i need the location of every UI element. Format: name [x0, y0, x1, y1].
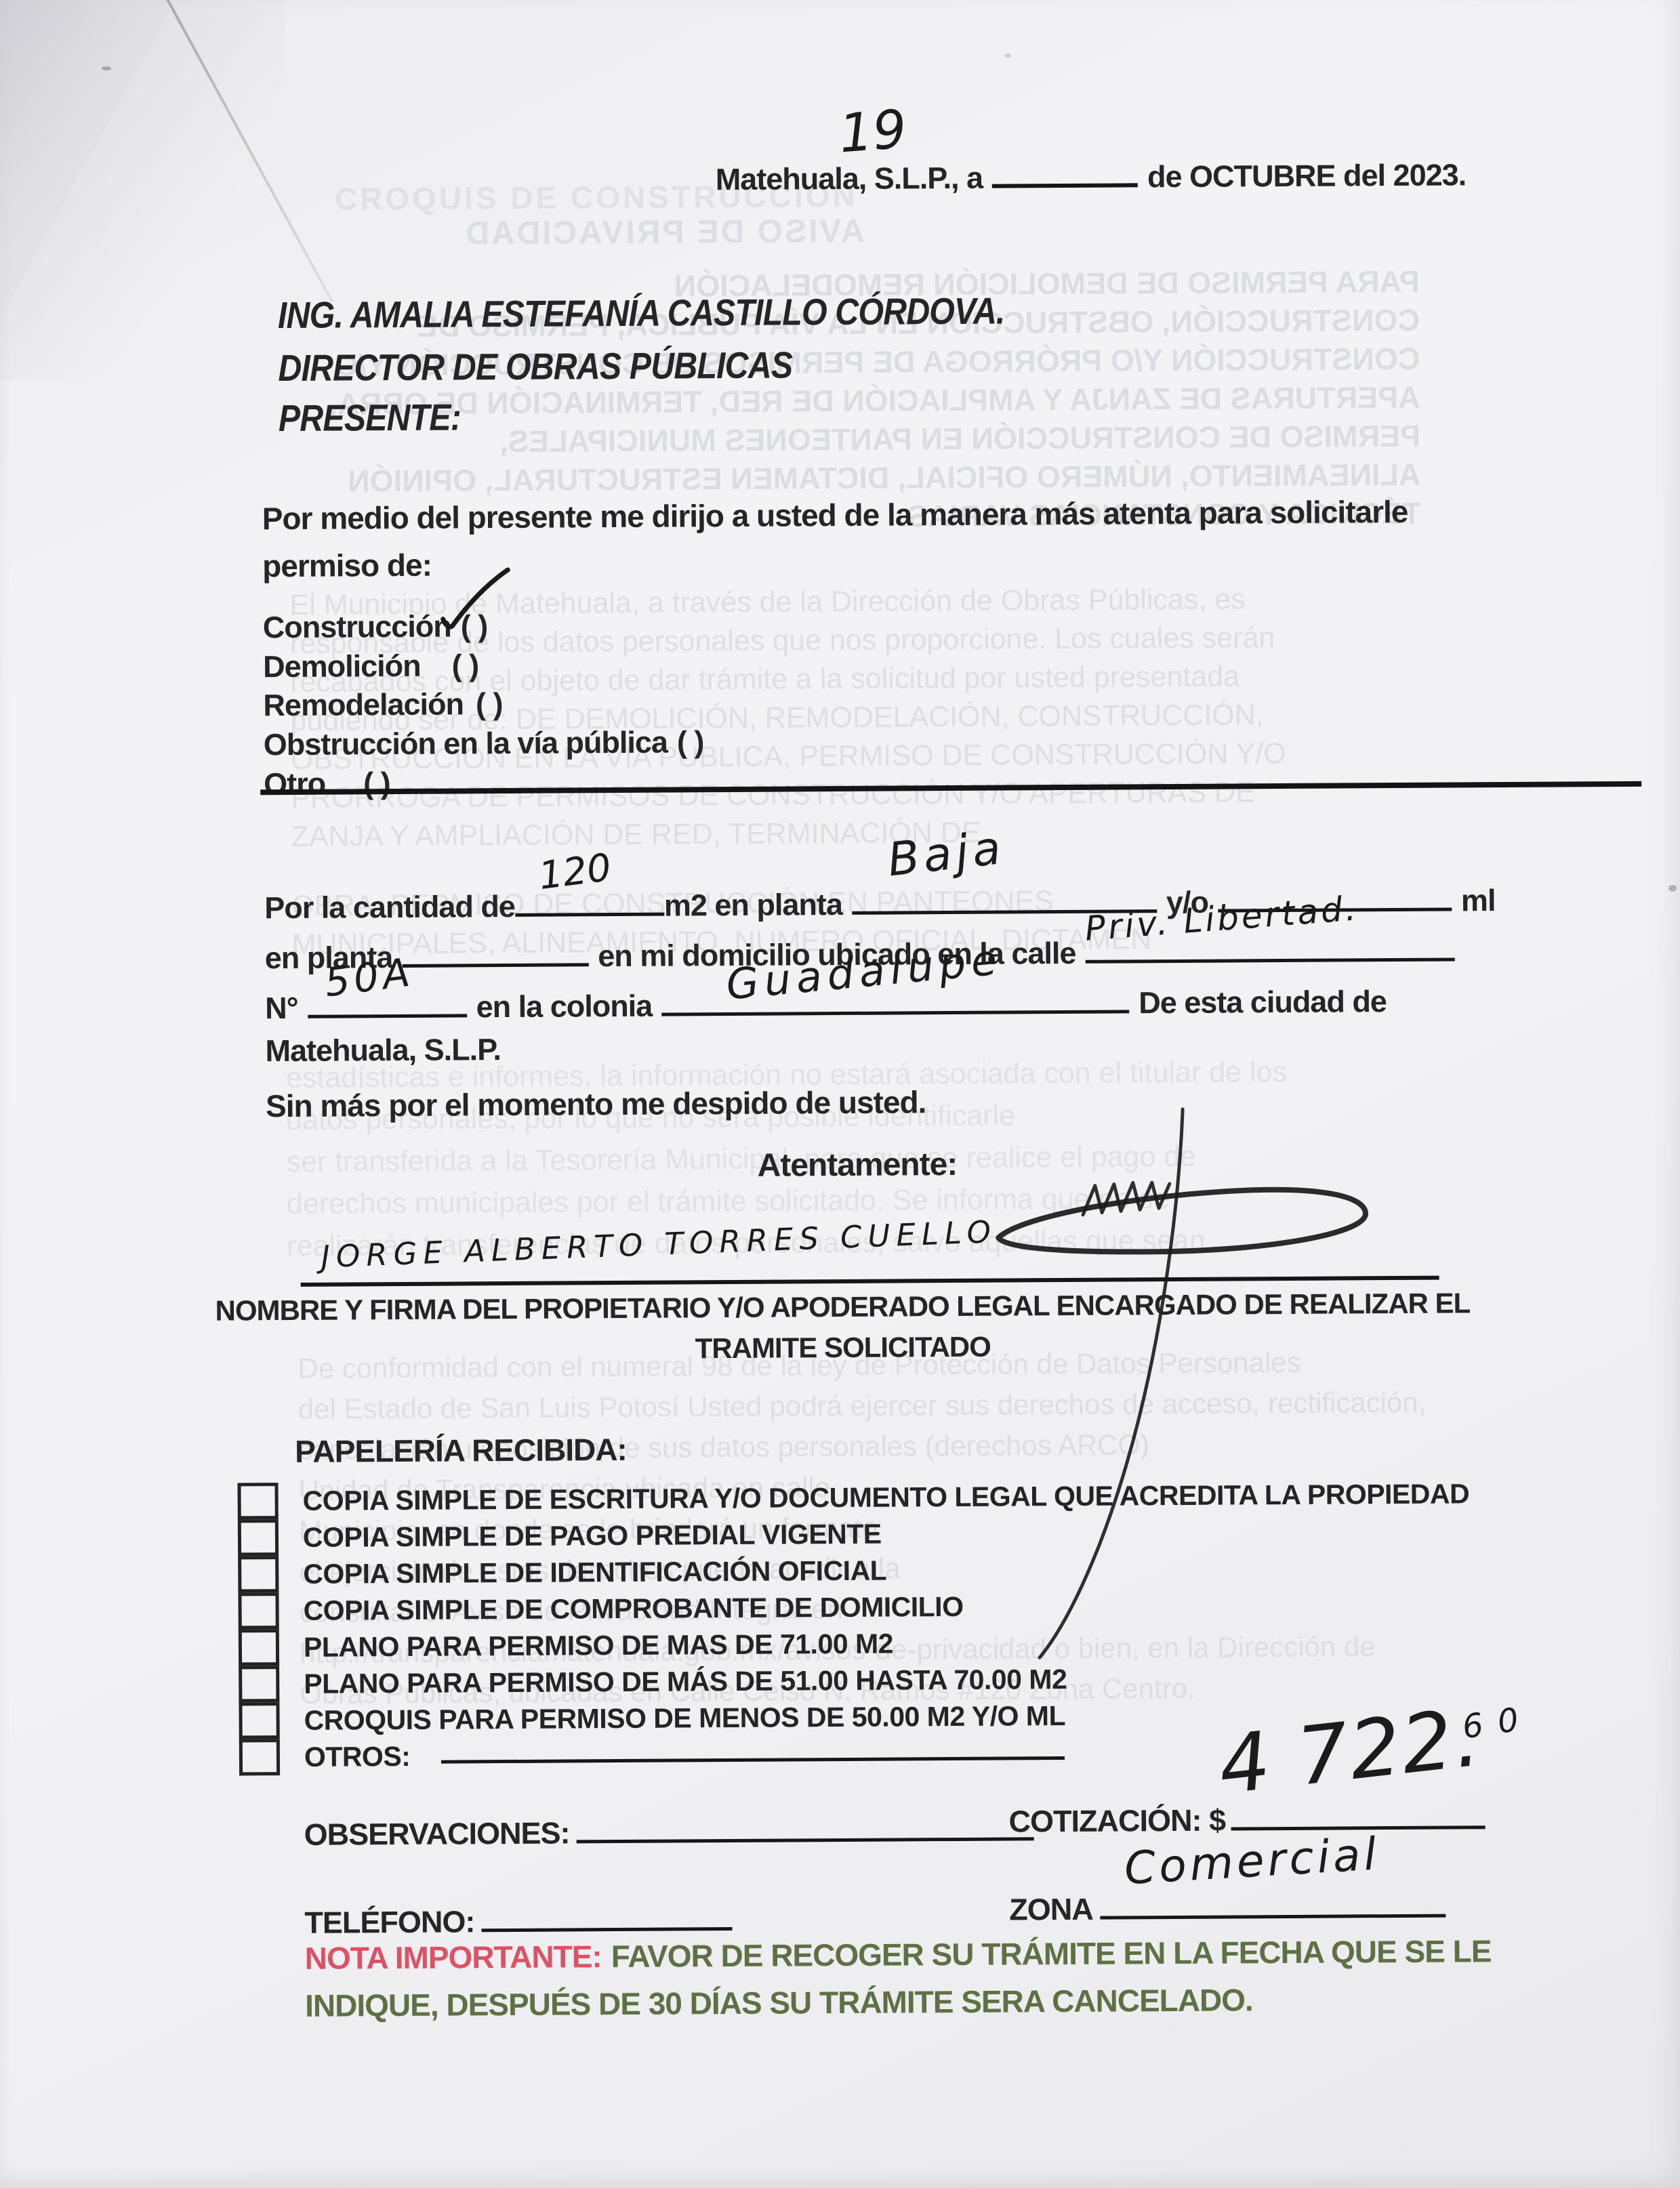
handwritten-checkmark — [437, 566, 512, 641]
field-label: Por la cantidad de — [264, 889, 515, 925]
nota-line-1: NOTA IMPORTANTE:FAVOR DE RECOGER SU TRÁM… — [305, 1933, 1492, 1977]
option-label: Otro — [264, 766, 325, 802]
papeleria-heading: PAPELERÍA RECIBIDA: — [295, 1431, 627, 1470]
zona-field: ZONA — [1009, 1884, 1446, 1928]
date-suffix: de OCTUBRE del 2023. — [1147, 157, 1466, 194]
signature — [940, 1067, 1431, 1680]
checklist-label: COPIA SIMPLE DE PAGO PREDIAL VIGENTE — [303, 1518, 882, 1553]
checklist-label: OTROS: — [304, 1740, 411, 1773]
telefono-label: TELÉFONO: — [304, 1904, 474, 1940]
cotizacion-label: COTIZACIÓN: $ — [1008, 1803, 1225, 1839]
farewell-line: Sin más por el momento me despido de ust… — [266, 1083, 926, 1124]
option-label: Remodelación — [263, 686, 464, 722]
observaciones-field: OBSERVACIONES: — [304, 1807, 1033, 1853]
date-day-blank — [992, 152, 1138, 188]
field-label: m2 en planta — [664, 887, 842, 923]
option-label: Construcción — [263, 608, 451, 644]
option-otro: Otro( ) — [264, 766, 390, 802]
checklist-label: COPIA SIMPLE DE ESCRITURA Y/O DOCUMENTO … — [302, 1478, 1469, 1517]
nota-text-1: FAVOR DE RECOGER SU TRÁMITE EN LA FECHA … — [611, 1933, 1492, 1974]
addressee-role: DIRECTOR DE OBRAS PÚBLICAS — [278, 343, 792, 390]
option-parens: ( ) — [451, 648, 478, 682]
ghost-line: PRORROGA DE PERMISOS DE CONSTRUCCIÓN Y/O… — [291, 773, 1286, 818]
checkbox — [239, 1666, 279, 1702]
handwritten-m2: 120 — [536, 846, 613, 899]
observaciones-blank — [576, 1807, 1033, 1843]
checkbox — [237, 1483, 278, 1519]
option-label: Demolición — [263, 648, 421, 684]
option-parens: ( ) — [677, 724, 704, 759]
checkbox — [238, 1519, 279, 1556]
checklist-row: COPIA SIMPLE DE ESCRITURA Y/O DOCUMENTO … — [237, 1475, 1469, 1519]
checklist-row-otros: OTROS: — [239, 1734, 1065, 1775]
checkbox — [239, 1629, 279, 1666]
otros-blank — [441, 1745, 1065, 1763]
option-parens: ( ) — [476, 686, 503, 721]
scanned-permit-form: CROQUIS DE CONSTRUCCIÓN AVISO DE PRIVACI… — [0, 0, 1680, 2188]
planta-2-blank — [402, 932, 588, 968]
option-obstruccion: Obstrucción en la vía pública( ) — [264, 724, 704, 762]
checklist-label: CROQUIS PARA PERMISO DE MENOS DE 50.00 M… — [304, 1699, 1065, 1736]
checklist-row: COPIA SIMPLE DE COMPROBANTE DE DOMICILIO — [238, 1588, 963, 1630]
checklist-label: PLANO PARA PERMISO DE MÁS DE 51.00 HASTA… — [304, 1663, 1067, 1699]
checkbox — [238, 1592, 279, 1629]
field-label: en la colonia — [476, 989, 653, 1025]
ghost-line: ZANJA Y AMPLIACIÓN DE RED, TERMINACIÓN D… — [291, 812, 1286, 856]
date-line: Matehuala, S.L.P., ade OCTUBRE del 2023. — [716, 150, 1467, 197]
option-demolicion: Demolición( ) — [263, 648, 478, 684]
addressee-name: ING. AMALIA ESTEFANÍA CASTILLO CÓRDOVA. — [278, 289, 1005, 337]
telefono-field: TELÉFONO: — [304, 1897, 732, 1941]
field-label: ml — [1461, 883, 1496, 917]
quantity-line-4: Matehuala, S.L.P. — [265, 1032, 501, 1069]
checklist-row: CROQUIS PARA PERMISO DE MENOS DE 50.00 M… — [239, 1697, 1065, 1739]
checklist-label: COPIA SIMPLE DE IDENTIFICACIÓN OFICIAL — [303, 1554, 886, 1590]
bleedthrough-watermark-mirrored: AVISO DE PRIVACIDAD — [464, 213, 865, 253]
checklist-row: PLANO PARA PERMISO DE MÁS DE 51.00 HASTA… — [239, 1661, 1067, 1702]
checklist-label: COPIA SIMPLE DE COMPROBANTE DE DOMICILIO — [303, 1590, 963, 1626]
option-label: Obstrucción en la vía pública — [264, 725, 668, 762]
nota-label: NOTA IMPORTANTE: — [305, 1939, 602, 1976]
field-label: N° — [265, 991, 298, 1025]
handwritten-date-day: 19 — [837, 99, 909, 165]
checkbox — [239, 1739, 280, 1775]
handwritten-cotizacion: 4 722. — [1214, 1690, 1485, 1812]
field-label: De esta ciudad de — [1139, 984, 1387, 1020]
addressee-salutation: PRESENTE: — [279, 395, 461, 440]
attentively-label: Atentamente: — [757, 1146, 957, 1184]
checklist-row: PLANO PARA PERMISO DE MAS DE 71.00 M2 — [239, 1626, 893, 1666]
nota-line-2: INDIQUE, DESPUÉS DE 30 DÍAS SU TRÁMITE S… — [305, 1981, 1253, 2024]
checklist-row: COPIA SIMPLE DE PAGO PREDIAL VIGENTE — [238, 1516, 882, 1556]
option-parens: ( ) — [363, 766, 390, 800]
checkbox — [238, 1556, 279, 1592]
observaciones-label: OBSERVACIONES: — [304, 1815, 569, 1851]
zona-label: ZONA — [1009, 1892, 1093, 1927]
intro-line-1: Por medio del presente me dirijo a usted… — [262, 493, 1408, 537]
date-prefix: Matehuala, S.L.P., a — [716, 161, 983, 197]
intro-line-2: permiso de: — [262, 547, 432, 585]
checklist-label: PLANO PARA PERMISO DE MAS DE 71.00 M2 — [304, 1628, 893, 1663]
checklist-row: COPIA SIMPLE DE IDENTIFICACIÓN OFICIAL — [238, 1552, 886, 1593]
option-remodelacion: Remodelación( ) — [263, 686, 502, 723]
telefono-blank — [481, 1897, 732, 1932]
checkbox — [239, 1702, 279, 1739]
